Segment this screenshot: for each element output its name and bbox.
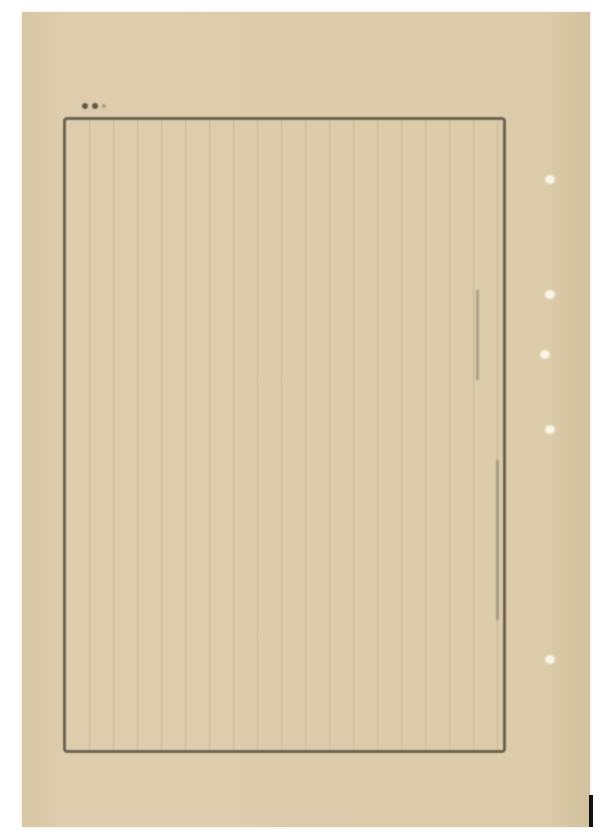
header-glyph bbox=[102, 104, 106, 108]
margin-annotation bbox=[496, 460, 499, 620]
header-glyph bbox=[92, 103, 98, 109]
punch-hole bbox=[545, 175, 555, 184]
punch-hole bbox=[545, 290, 555, 299]
punch-hole bbox=[545, 655, 555, 664]
header-glyph bbox=[82, 103, 88, 109]
page-header-mark bbox=[82, 103, 106, 109]
writing-grid-frame bbox=[63, 117, 506, 753]
punch-hole bbox=[540, 350, 550, 359]
scale-bar bbox=[589, 795, 593, 827]
punch-hole bbox=[545, 425, 555, 434]
margin-annotation bbox=[476, 290, 479, 380]
